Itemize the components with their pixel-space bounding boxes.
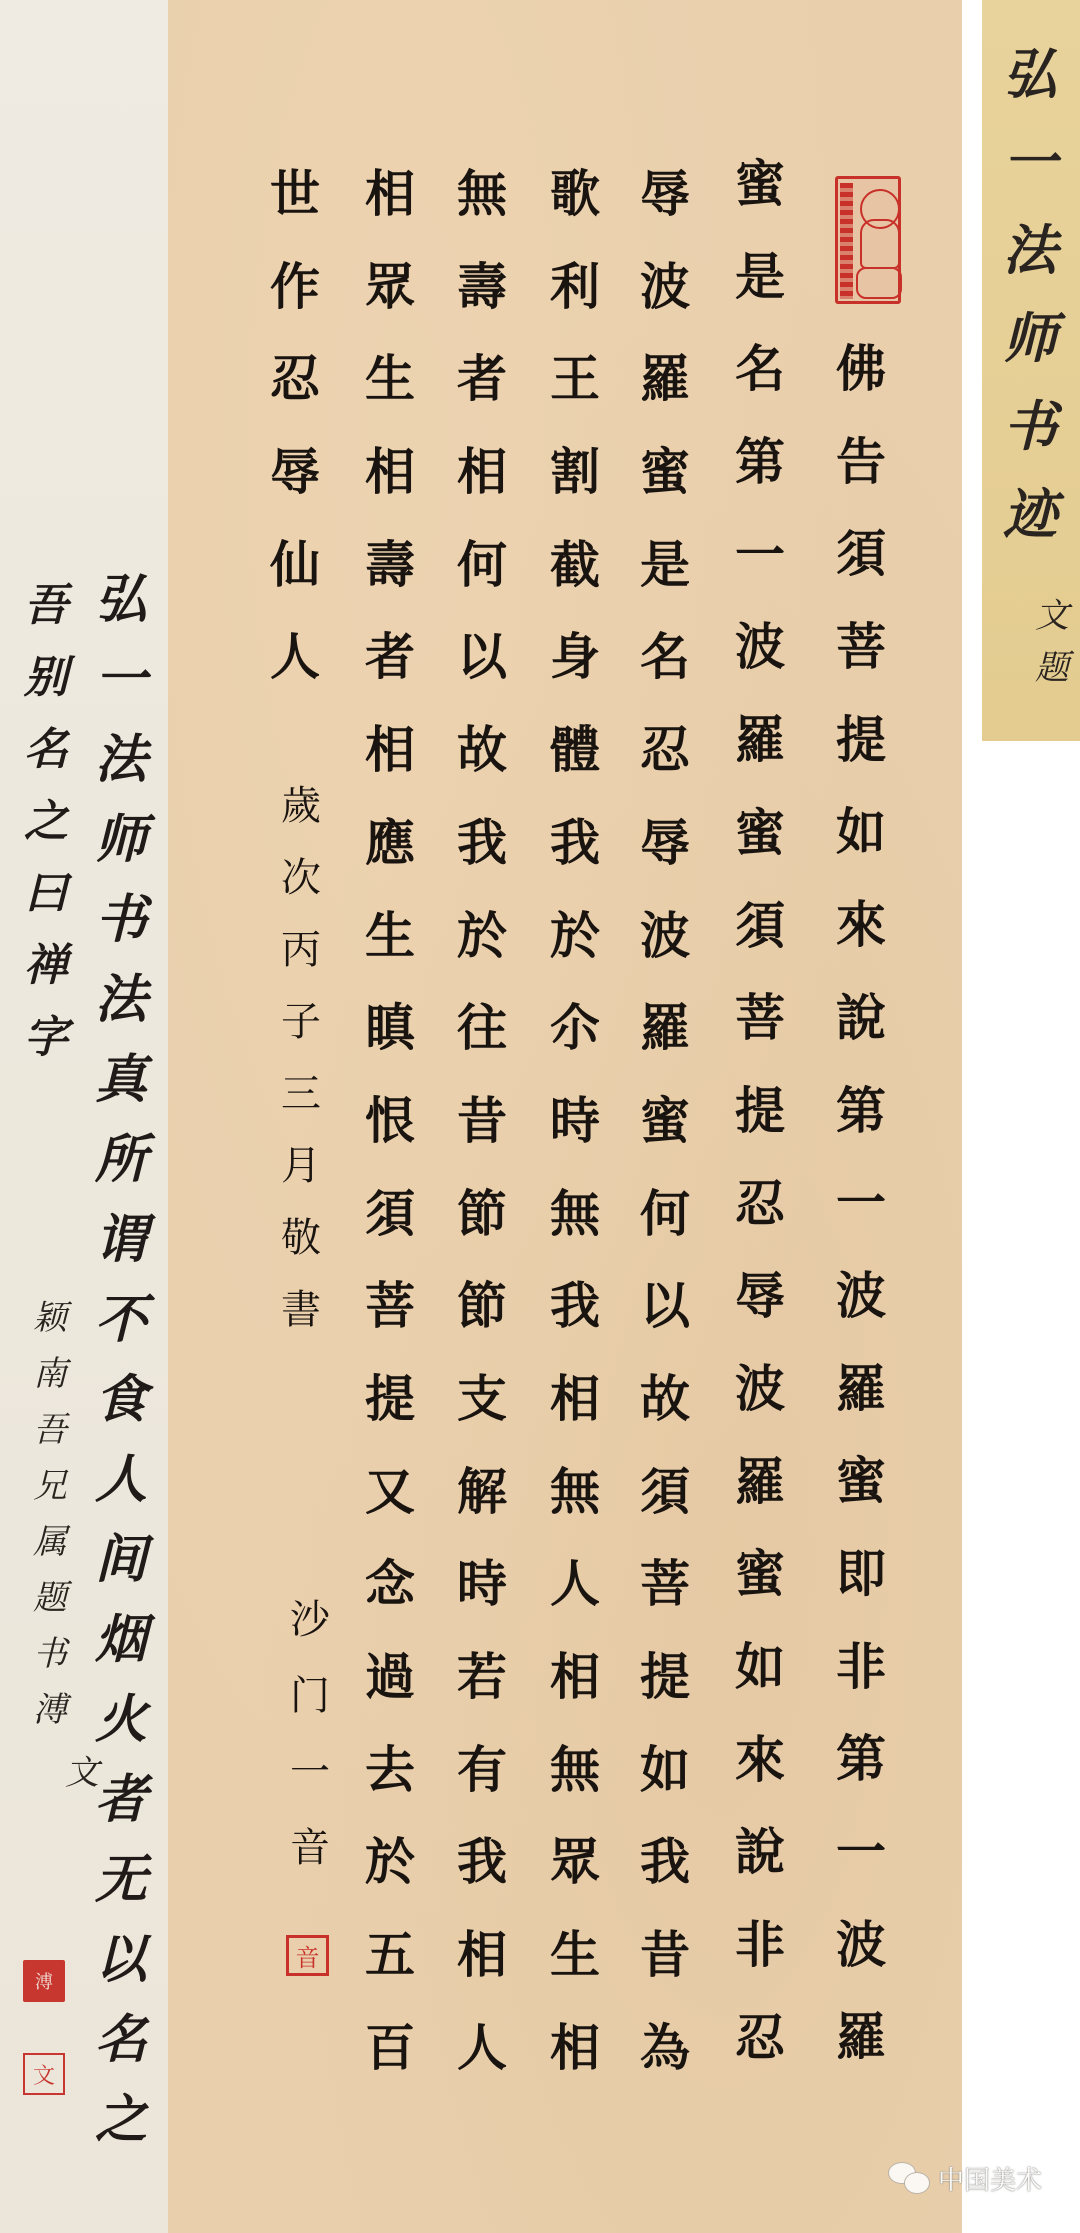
- calligraphy-char: 往: [447, 982, 517, 1075]
- calligraphy-char: 丙: [273, 914, 329, 986]
- calligraphy-char: 菩: [630, 1538, 700, 1631]
- calligraphy-char: 无: [86, 1840, 156, 1920]
- calligraphy-char: 蜜: [826, 1435, 896, 1528]
- calligraphy-char: 忍: [725, 1158, 795, 1251]
- calligraphy-char: 作: [260, 241, 330, 334]
- calligraphy-char: 一: [826, 1806, 896, 1899]
- calligraphy-char: 一: [725, 509, 795, 602]
- calligraphy-char: 第: [826, 1065, 896, 1158]
- calligraphy-char: 須: [355, 1168, 425, 1261]
- calligraphy-char: 人: [540, 1538, 610, 1631]
- calligraphy-char: 於: [355, 1816, 425, 1909]
- calligraphy-char: 以: [447, 611, 517, 704]
- calligraphy-char: 者: [355, 611, 425, 704]
- calligraphy-char: 音: [282, 1810, 338, 1886]
- calligraphy-char: 為: [630, 2002, 700, 2095]
- calligraphy-char: 告: [826, 416, 896, 509]
- calligraphy-char: 门: [282, 1658, 338, 1734]
- calligraphy-char: 非: [826, 1621, 896, 1714]
- calligraphy-char: 菩: [725, 972, 795, 1065]
- calligraphy-char: 佛: [826, 323, 896, 416]
- calligraphy-char: 念: [355, 1538, 425, 1631]
- text-column-1: 佛告須菩提如來說第一波羅蜜即非第一波羅: [826, 323, 896, 2084]
- calligraphy-char: 相: [540, 1353, 610, 1446]
- wechat-icon: [888, 2162, 932, 2196]
- calligraphy-char: 歲: [273, 770, 329, 842]
- calligraphy-char: 應: [355, 797, 425, 890]
- calligraphy-char: 我: [540, 797, 610, 890]
- calligraphy-char: 忍: [260, 333, 330, 426]
- colophon-column-3: 颖南吾兄属题书溥: [26, 1290, 74, 1738]
- calligraphy-char: 波: [826, 1899, 896, 1992]
- calligraphy-char: 蜜: [725, 138, 795, 231]
- calligraphy-char: 支: [447, 1353, 517, 1446]
- calligraphy-char: 時: [540, 1075, 610, 1168]
- calligraphy-char: 人: [86, 1440, 156, 1520]
- watermark-text: 中国美术: [938, 2160, 1042, 2197]
- calligraphy-char: 兄: [26, 1458, 74, 1514]
- calligraphy-char: 师: [995, 294, 1065, 382]
- calligraphy-char: 不: [86, 1280, 156, 1360]
- calligraphy-char: 我: [447, 1816, 517, 1909]
- calligraphy-char: 相: [355, 704, 425, 797]
- calligraphy-char: 文: [58, 1745, 106, 1801]
- calligraphy-char: 真: [86, 1040, 156, 1120]
- calligraphy-char: 谓: [86, 1200, 156, 1280]
- calligraphy-char: 相: [355, 426, 425, 519]
- calligraphy-char: 百: [355, 2002, 425, 2095]
- calligraphy-char: 恨: [355, 1075, 425, 1168]
- calligraphy-char: 即: [826, 1528, 896, 1621]
- calligraphy-char: 昔: [447, 1075, 517, 1168]
- colophon-column-2: 吾别名之曰禅字: [16, 570, 76, 1074]
- calligraphy-char: 所: [86, 1120, 156, 1200]
- calligraphy-char: 如: [630, 1724, 700, 1817]
- calligraphy-char: 吾: [26, 1402, 74, 1458]
- calligraphy-char: 須: [630, 1446, 700, 1539]
- calligraphy-char: 羅: [725, 1436, 795, 1529]
- signature-seal: 音: [286, 1935, 329, 1976]
- watermark: 中国美术: [888, 2160, 1042, 2197]
- calligraphy-char: 辱: [260, 426, 330, 519]
- calligraphy-char: 說: [725, 1806, 795, 1899]
- calligraphy-char: 體: [540, 704, 610, 797]
- calligraphy-char: 吾: [16, 570, 76, 642]
- calligraphy-char: 又: [355, 1446, 425, 1539]
- calligraphy-char: 歌: [540, 148, 610, 241]
- calligraphy-char: 無: [447, 148, 517, 241]
- calligraphy-char: 於: [540, 890, 610, 983]
- calligraphy-char: 颖: [26, 1290, 74, 1346]
- calligraphy-char: 一: [826, 1157, 896, 1250]
- calligraphy-char: 生: [355, 333, 425, 426]
- calligraphy-char: 禅: [16, 930, 76, 1002]
- calligraphy-char: 羅: [630, 982, 700, 1075]
- text-column-2: 蜜是名第一波羅蜜須菩提忍辱波羅蜜如來說非忍: [725, 138, 795, 2084]
- calligraphy-char: 子: [273, 986, 329, 1058]
- calligraphy-char: 月: [273, 1130, 329, 1202]
- calligraphy-char: 如: [725, 1621, 795, 1714]
- title-label-main: 弘一法师书迹: [995, 30, 1065, 558]
- calligraphy-char: 辱: [630, 797, 700, 890]
- calligraphy-char: 名: [725, 323, 795, 416]
- calligraphy-char: 波: [725, 1343, 795, 1436]
- calligraphy-char: 利: [540, 241, 610, 334]
- signature: 沙门一音: [282, 1582, 338, 1886]
- text-column-4: 歌利王割截身體我於尒時無我相無人相無眾生相: [540, 148, 610, 2094]
- calligraphy-char: 非: [725, 1899, 795, 1992]
- calligraphy-char: 於: [447, 890, 517, 983]
- calligraphy-char: 波: [630, 241, 700, 334]
- calligraphy-char: 時: [447, 1538, 517, 1631]
- calligraphy-char: 一: [995, 118, 1065, 206]
- title-label-signature: 文题: [1030, 590, 1074, 694]
- calligraphy-char: 王: [540, 333, 610, 426]
- calligraphy-char: 者: [447, 333, 517, 426]
- calligraphy-char: 波: [826, 1250, 896, 1343]
- calligraphy-char: 师: [86, 800, 156, 880]
- calligraphy-char: 相: [540, 1631, 610, 1724]
- calligraphy-char: 羅: [826, 1991, 896, 2084]
- calligraphy-char: 第: [826, 1713, 896, 1806]
- calligraphy-char: 提: [355, 1353, 425, 1446]
- calligraphy-char: 书: [26, 1626, 74, 1682]
- calligraphy-char: 節: [447, 1260, 517, 1353]
- calligraphy-char: 蜜: [725, 787, 795, 880]
- text-column-7: 世作忍辱仙人: [260, 148, 330, 704]
- calligraphy-char: 忍: [630, 704, 700, 797]
- calligraphy-char: 無: [540, 1446, 610, 1539]
- calligraphy-char: 食: [86, 1360, 156, 1440]
- calligraphy-char: 無: [540, 1724, 610, 1817]
- calligraphy-char: 世: [260, 148, 330, 241]
- calligraphy-char: 身: [540, 611, 610, 704]
- calligraphy-char: 文: [1030, 590, 1074, 642]
- calligraphy-char: 是: [725, 231, 795, 324]
- calligraphy-char: 曰: [16, 858, 76, 930]
- calligraphy-char: 烟: [86, 1600, 156, 1680]
- calligraphy-char: 須: [725, 880, 795, 973]
- calligraphy-char: 昔: [630, 1909, 700, 2002]
- calligraphy-char: 過: [355, 1631, 425, 1724]
- calligraphy-char: 有: [447, 1724, 517, 1817]
- calligraphy-char: 何: [630, 1168, 700, 1261]
- calligraphy-char: 書: [273, 1274, 329, 1346]
- calligraphy-char: 别: [16, 642, 76, 714]
- calligraphy-char: 名: [630, 611, 700, 704]
- buddha-seal-icon: [835, 176, 901, 304]
- calligraphy-char: 蜜: [630, 426, 700, 519]
- calligraphy-char: 眾: [355, 241, 425, 334]
- calligraphy-char: 书: [995, 382, 1065, 470]
- calligraphy-char: 生: [355, 890, 425, 983]
- calligraphy-char: 法: [995, 206, 1065, 294]
- calligraphy-char: 名: [16, 714, 76, 786]
- calligraphy-char: 之: [86, 2080, 156, 2160]
- calligraphy-char: 羅: [630, 333, 700, 426]
- calligraphy-char: 一: [86, 640, 156, 720]
- calligraphy-char: 第: [725, 416, 795, 509]
- calligraphy-char: 波: [725, 601, 795, 694]
- calligraphy-char: 故: [630, 1353, 700, 1446]
- calligraphy-char: 波: [630, 890, 700, 983]
- colophon-seal-1: 溥: [23, 1960, 65, 2002]
- calligraphy-char: 之: [16, 786, 76, 858]
- calligraphy-char: 無: [540, 1168, 610, 1261]
- calligraphy-char: 蜜: [725, 1528, 795, 1621]
- calligraphy-char: 瞋: [355, 982, 425, 1075]
- calligraphy-char: 间: [86, 1520, 156, 1600]
- calligraphy-char: 辱: [630, 148, 700, 241]
- calligraphy-char: 三: [273, 1058, 329, 1130]
- colophon-column-1: 弘一法师书法真所谓不食人间烟火者无以名之: [86, 560, 156, 2160]
- calligraphy-char: 法: [86, 960, 156, 1040]
- calligraphy-char: 割: [540, 426, 610, 519]
- calligraphy-char: 次: [273, 842, 329, 914]
- calligraphy-char: 属: [26, 1514, 74, 1570]
- calligraphy-char: 故: [447, 704, 517, 797]
- calligraphy-char: 仙: [260, 519, 330, 612]
- calligraphy-char: 來: [725, 1714, 795, 1807]
- calligraphy-char: 人: [260, 611, 330, 704]
- calligraphy-char: 题: [1030, 642, 1074, 694]
- text-column-5: 無壽者相何以故我於往昔節節支解時若有我相人: [447, 148, 517, 2094]
- calligraphy-char: 忍: [725, 1992, 795, 2085]
- calligraphy-char: 一: [282, 1734, 338, 1810]
- calligraphy-char: 沙: [282, 1582, 338, 1658]
- calligraphy-char: 五: [355, 1909, 425, 2002]
- calligraphy-char: 相: [447, 426, 517, 519]
- calligraphy-char: 截: [540, 519, 610, 612]
- calligraphy-char: 溥: [26, 1682, 74, 1738]
- calligraphy-char: 法: [86, 720, 156, 800]
- calligraphy-char: 壽: [447, 241, 517, 334]
- calligraphy-char: 迹: [995, 470, 1065, 558]
- calligraphy-char: 解: [447, 1446, 517, 1539]
- calligraphy-char: 節: [447, 1168, 517, 1261]
- calligraphy-char: 若: [447, 1631, 517, 1724]
- calligraphy-char: 提: [826, 694, 896, 787]
- date-inscription: 歲次丙子三月敬書: [273, 770, 329, 1346]
- calligraphy-char: 羅: [725, 694, 795, 787]
- calligraphy-char: 眾: [540, 1816, 610, 1909]
- calligraphy-char: 提: [725, 1065, 795, 1158]
- calligraphy-char: 敬: [273, 1202, 329, 1274]
- calligraphy-char: 提: [630, 1631, 700, 1724]
- calligraphy-char: 相: [447, 1909, 517, 2002]
- calligraphy-char: 以: [86, 1920, 156, 2000]
- text-column-6: 相眾生相壽者相應生瞋恨須菩提又念過去於五百: [355, 148, 425, 2094]
- calligraphy-char: 羅: [826, 1343, 896, 1436]
- colophon-column-3-tail: 文: [58, 1745, 106, 1801]
- calligraphy-char: 來: [826, 879, 896, 972]
- calligraphy-char: 南: [26, 1346, 74, 1402]
- calligraphy-char: 辱: [725, 1250, 795, 1343]
- text-column-3: 辱波羅蜜是名忍辱波羅蜜何以故須菩提如我昔為: [630, 148, 700, 2094]
- calligraphy-char: 如: [826, 786, 896, 879]
- calligraphy-char: 說: [826, 972, 896, 1065]
- calligraphy-char: 我: [540, 1260, 610, 1353]
- colophon-seal-2: 文: [23, 2053, 65, 2095]
- calligraphy-char: 尒: [540, 982, 610, 1075]
- calligraphy-char: 何: [447, 519, 517, 612]
- calligraphy-char: 蜜: [630, 1075, 700, 1168]
- calligraphy-char: 我: [447, 797, 517, 890]
- calligraphy-char: 相: [355, 148, 425, 241]
- calligraphy-char: 生: [540, 1909, 610, 2002]
- calligraphy-char: 相: [540, 2002, 610, 2095]
- calligraphy-char: 弘: [86, 560, 156, 640]
- calligraphy-char: 以: [630, 1260, 700, 1353]
- calligraphy-char: 是: [630, 519, 700, 612]
- calligraphy-char: 人: [447, 2002, 517, 2095]
- calligraphy-char: 壽: [355, 519, 425, 612]
- calligraphy-char: 弘: [995, 30, 1065, 118]
- calligraphy-char: 須: [826, 508, 896, 601]
- calligraphy-char: 名: [86, 2000, 156, 2080]
- calligraphy-char: 字: [16, 1002, 76, 1074]
- calligraphy-char: 我: [630, 1816, 700, 1909]
- calligraphy-char: 书: [86, 880, 156, 960]
- calligraphy-char: 菩: [826, 601, 896, 694]
- calligraphy-char: 去: [355, 1724, 425, 1817]
- calligraphy-char: 题: [26, 1570, 74, 1626]
- calligraphy-char: 菩: [355, 1260, 425, 1353]
